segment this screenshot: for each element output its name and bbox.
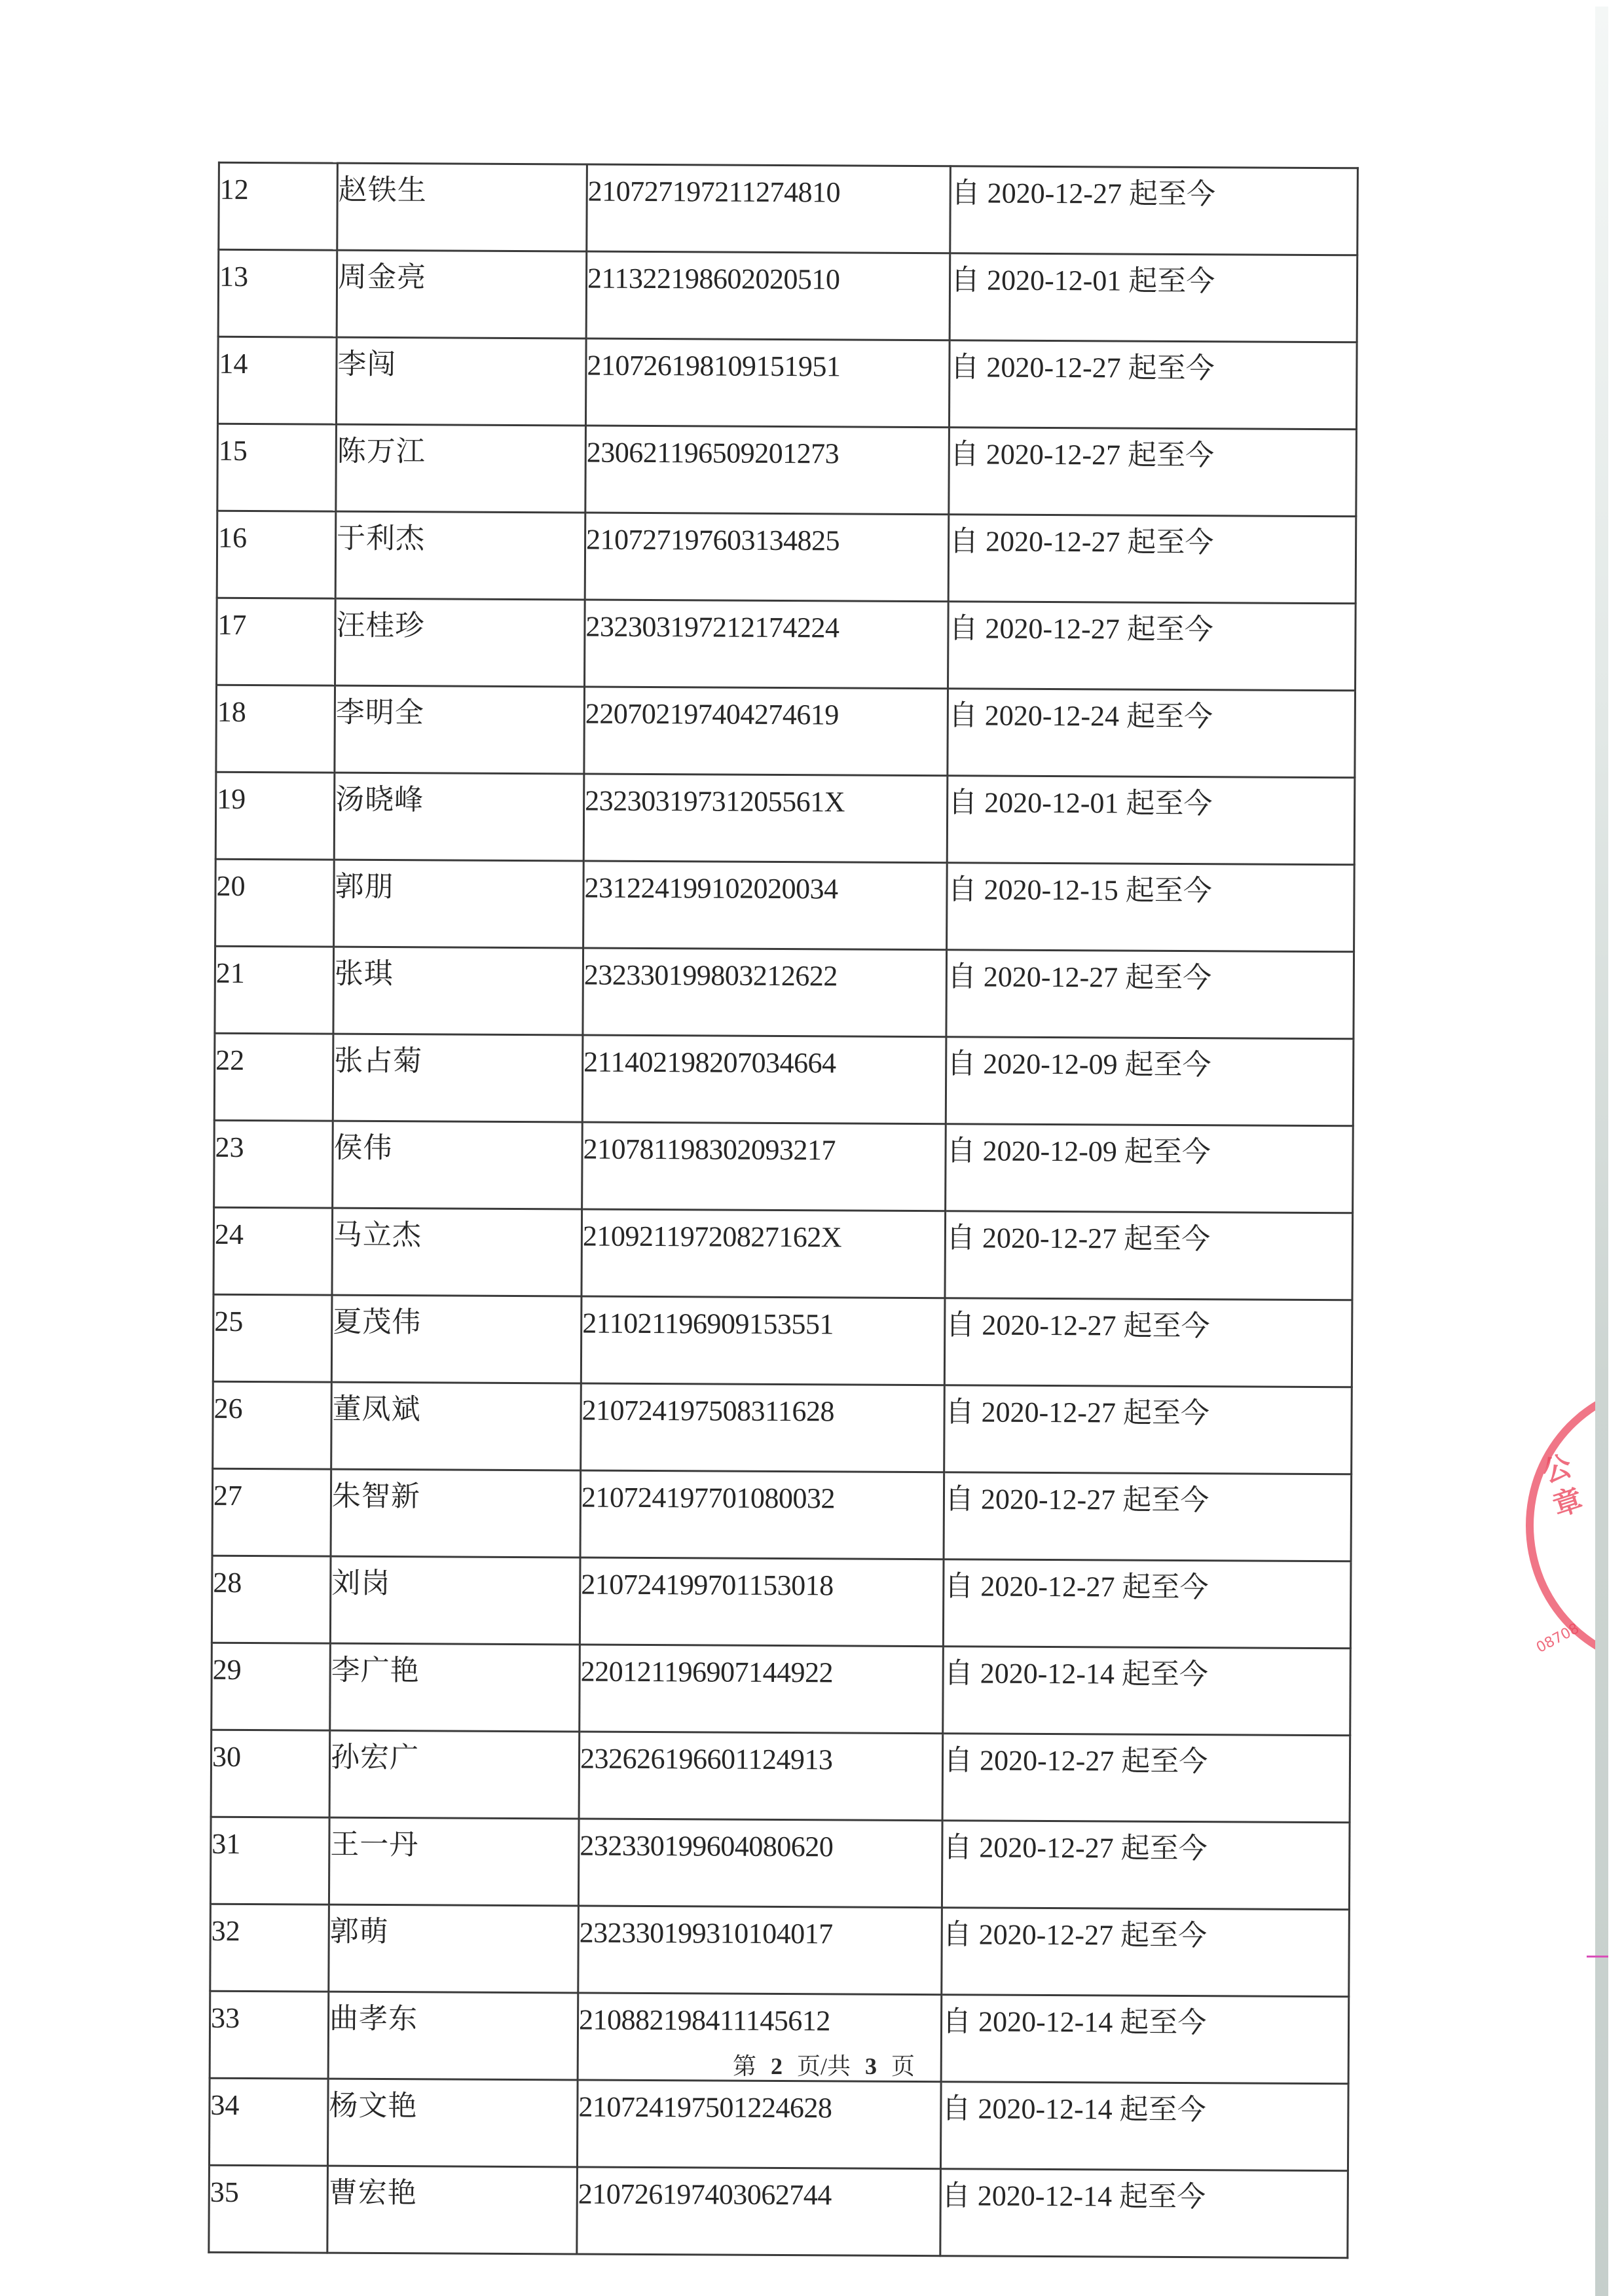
page-footer: 第2页/共3页 xyxy=(0,2048,1624,2081)
row-number-cell: 32 xyxy=(210,1904,329,1992)
name-cell: 刘岗 xyxy=(330,1556,580,1645)
period-cell: 自 2020-12-14 起至今 xyxy=(943,1647,1351,1736)
period-cell: 自 2020-12-27 起至今 xyxy=(942,1908,1350,1997)
table-row: 17汪桂珍232303197212174224自 2020-12-27 起至今 xyxy=(217,598,1356,690)
table-row: 14李闯210726198109151951自 2020-12-27 起至今 xyxy=(217,337,1357,429)
name-cell: 李广艳 xyxy=(330,1643,580,1732)
period-cell: 自 2020-12-27 起至今 xyxy=(942,1821,1350,1910)
id-number-cell: 210724197701080032 xyxy=(580,1470,944,1559)
period-cell: 自 2020-12-27 起至今 xyxy=(948,602,1356,691)
official-seal-stamp: 公章 08708 xyxy=(1519,1375,1595,1683)
id-number-cell: 211322198602020510 xyxy=(586,251,950,340)
table-row: 26董凤斌210724197508311628自 2020-12-27 起至今 xyxy=(213,1381,1352,1474)
name-cell: 侯伟 xyxy=(333,1121,583,1209)
table-row: 13周金亮211322198602020510自 2020-12-01 起至今 xyxy=(218,249,1357,342)
table-row: 29李广艳220121196907144922自 2020-12-14 起至今 xyxy=(212,1643,1351,1735)
personnel-table-body: 12赵铁生210727197211274810自 2020-12-27 起至今1… xyxy=(209,162,1358,2257)
period-cell: 自 2020-12-27 起至今 xyxy=(950,166,1358,255)
footer-prefix: 第 xyxy=(733,2053,756,2079)
period-cell: 自 2020-12-14 起至今 xyxy=(940,2169,1348,2258)
name-cell: 赵铁生 xyxy=(337,163,587,251)
table-row: 31王一丹232330199604080620自 2020-12-27 起至今 xyxy=(210,1817,1350,1909)
table-row: 32郭萌232330199310104017自 2020-12-27 起至今 xyxy=(210,1904,1350,1996)
period-cell: 自 2020-12-27 起至今 xyxy=(949,340,1357,429)
row-number-cell: 12 xyxy=(219,162,338,250)
table-row: 28刘岗210724199701153018自 2020-12-27 起至今 xyxy=(212,1556,1351,1648)
name-cell: 夏茂伟 xyxy=(331,1295,581,1383)
row-number-cell: 28 xyxy=(212,1556,331,1643)
table-row: 27朱智新210724197701080032自 2020-12-27 起至今 xyxy=(212,1468,1352,1561)
table-row: 20郭朋231224199102020034自 2020-12-15 起至今 xyxy=(215,859,1355,951)
id-number-cell: 23230319731205561X xyxy=(583,774,948,863)
id-number-cell: 210781198302093217 xyxy=(582,1122,946,1211)
row-number-cell: 30 xyxy=(211,1730,330,1817)
table-row: 35曹宏艳210726197403062744自 2020-12-14 起至今 xyxy=(209,2165,1348,2257)
row-number-cell: 21 xyxy=(215,946,334,1034)
row-number-cell: 17 xyxy=(217,598,336,685)
table-row: 12赵铁生210727197211274810自 2020-12-27 起至今 xyxy=(219,162,1358,255)
table-row: 24马立杰21092119720827162X自 2020-12-27 起至今 xyxy=(213,1207,1353,1300)
row-number-cell: 15 xyxy=(217,424,337,511)
name-cell: 张占菊 xyxy=(333,1034,583,1122)
personnel-table: 12赵铁生210727197211274810自 2020-12-27 起至今1… xyxy=(208,162,1359,2259)
footer-suffix: 页 xyxy=(891,2053,915,2079)
table-row: 16于利杰210727197603134825自 2020-12-27 起至今 xyxy=(217,511,1356,603)
period-cell: 自 2020-12-27 起至今 xyxy=(944,1472,1352,1561)
table-row: 34杨文艳210724197501224628自 2020-12-14 起至今 xyxy=(209,2078,1348,2170)
id-number-cell: 232626196601124913 xyxy=(579,1732,943,1821)
name-cell: 孙宏广 xyxy=(329,1730,580,1819)
id-number-cell: 220702197404274619 xyxy=(584,687,948,776)
id-number-cell: 211402198207034664 xyxy=(582,1035,946,1124)
name-cell: 于利杰 xyxy=(335,511,585,600)
row-number-cell: 34 xyxy=(209,2078,328,2166)
row-number-cell: 22 xyxy=(214,1033,333,1121)
row-number-cell: 23 xyxy=(214,1120,333,1208)
row-number-cell: 27 xyxy=(212,1468,331,1556)
name-cell: 李闯 xyxy=(336,337,586,426)
period-cell: 自 2020-12-15 起至今 xyxy=(947,863,1355,952)
period-cell: 自 2020-12-14 起至今 xyxy=(940,2082,1348,2171)
name-cell: 郭萌 xyxy=(329,1904,579,1993)
row-number-cell: 13 xyxy=(218,249,337,337)
row-number-cell: 18 xyxy=(216,685,335,773)
id-number-cell: 210726198109151951 xyxy=(585,338,950,428)
name-cell: 陈万江 xyxy=(336,424,586,513)
period-cell: 自 2020-12-27 起至今 xyxy=(943,1559,1351,1649)
period-cell: 自 2020-12-27 起至今 xyxy=(948,515,1356,604)
period-cell: 自 2020-12-27 起至今 xyxy=(942,1734,1350,1823)
name-cell: 郭朋 xyxy=(334,860,584,948)
name-cell: 王一丹 xyxy=(329,1817,579,1906)
id-number-cell: 210724197508311628 xyxy=(581,1383,945,1472)
id-number-cell: 232330199310104017 xyxy=(578,1906,942,1995)
id-number-cell: 21092119720827162X xyxy=(581,1209,946,1298)
id-number-cell: 232330199803212622 xyxy=(583,948,947,1037)
id-number-cell: 231224199102020034 xyxy=(583,861,948,950)
footer-middle: 页/共 xyxy=(797,2053,851,2079)
period-cell: 自 2020-12-24 起至今 xyxy=(948,689,1356,778)
id-number-cell: 210724199701153018 xyxy=(580,1558,944,1647)
id-number-cell: 211021196909153551 xyxy=(581,1296,945,1385)
name-cell: 张琪 xyxy=(333,947,583,1035)
table-row: 22张占菊211402198207034664自 2020-12-09 起至今 xyxy=(214,1033,1354,1125)
id-number-cell: 230621196509201273 xyxy=(585,426,950,515)
row-number-cell: 24 xyxy=(213,1207,333,1295)
current-page-number: 2 xyxy=(771,2053,783,2079)
scanner-artifact-line xyxy=(1587,1956,1608,1958)
total-page-count: 3 xyxy=(865,2053,877,2079)
row-number-cell: 20 xyxy=(215,859,335,947)
seal-number: 08708 xyxy=(1534,1620,1582,1656)
name-cell: 周金亮 xyxy=(337,250,587,338)
personnel-table-wrapper: 12赵铁生210727197211274810自 2020-12-27 起至今1… xyxy=(209,162,1359,2023)
id-number-cell: 232330199604080620 xyxy=(578,1819,942,1908)
name-cell: 杨文艳 xyxy=(327,2079,578,2167)
scanner-edge-strip xyxy=(1595,7,1608,2296)
name-cell: 董凤斌 xyxy=(331,1382,581,1470)
period-cell: 自 2020-12-01 起至今 xyxy=(947,776,1355,865)
row-number-cell: 14 xyxy=(217,337,337,424)
row-number-cell: 26 xyxy=(213,1381,332,1469)
id-number-cell: 210726197403062744 xyxy=(577,2167,941,2256)
name-cell: 马立杰 xyxy=(332,1208,582,1296)
row-number-cell: 19 xyxy=(215,772,335,860)
row-number-cell: 29 xyxy=(212,1643,331,1730)
id-number-cell: 232303197212174224 xyxy=(585,600,949,689)
table-row: 21张琪232330199803212622自 2020-12-27 起至今 xyxy=(215,946,1354,1038)
period-cell: 自 2020-12-27 起至今 xyxy=(946,950,1354,1039)
row-number-cell: 31 xyxy=(210,1817,329,1904)
row-number-cell: 16 xyxy=(217,511,336,598)
period-cell: 自 2020-12-09 起至今 xyxy=(946,1037,1354,1126)
name-cell: 汪桂珍 xyxy=(335,598,585,687)
period-cell: 自 2020-12-01 起至今 xyxy=(950,253,1357,342)
period-cell: 自 2020-12-09 起至今 xyxy=(946,1124,1354,1213)
period-cell: 自 2020-12-27 起至今 xyxy=(949,428,1357,517)
table-row: 30孙宏广232626196601124913自 2020-12-27 起至今 xyxy=(211,1730,1350,1822)
period-cell: 自 2020-12-27 起至今 xyxy=(944,1298,1352,1387)
id-number-cell: 210727197603134825 xyxy=(585,513,949,602)
period-cell: 自 2020-12-27 起至今 xyxy=(944,1385,1352,1474)
id-number-cell: 210727197211274810 xyxy=(587,164,951,253)
row-number-cell: 25 xyxy=(213,1294,332,1382)
table-row: 18李明全220702197404274619自 2020-12-24 起至今 xyxy=(216,685,1356,777)
id-number-cell: 220121196907144922 xyxy=(580,1645,944,1734)
name-cell: 曹宏艳 xyxy=(327,2166,578,2254)
name-cell: 汤晓峰 xyxy=(334,773,584,861)
scanned-document-page: 12赵铁生210727197211274810自 2020-12-27 起至今1… xyxy=(0,0,1624,2296)
row-number-cell: 35 xyxy=(209,2165,328,2253)
table-row: 19汤晓峰23230319731205561X自 2020-12-01 起至今 xyxy=(215,772,1355,864)
name-cell: 朱智新 xyxy=(331,1469,581,1558)
name-cell: 李明全 xyxy=(335,685,585,774)
table-row: 23侯伟210781198302093217自 2020-12-09 起至今 xyxy=(214,1120,1354,1212)
table-row: 15陈万江230621196509201273自 2020-12-27 起至今 xyxy=(217,424,1357,516)
period-cell: 自 2020-12-27 起至今 xyxy=(945,1211,1353,1300)
table-row: 25夏茂伟211021196909153551自 2020-12-27 起至今 xyxy=(213,1294,1352,1387)
id-number-cell: 210724197501224628 xyxy=(577,2080,941,2169)
